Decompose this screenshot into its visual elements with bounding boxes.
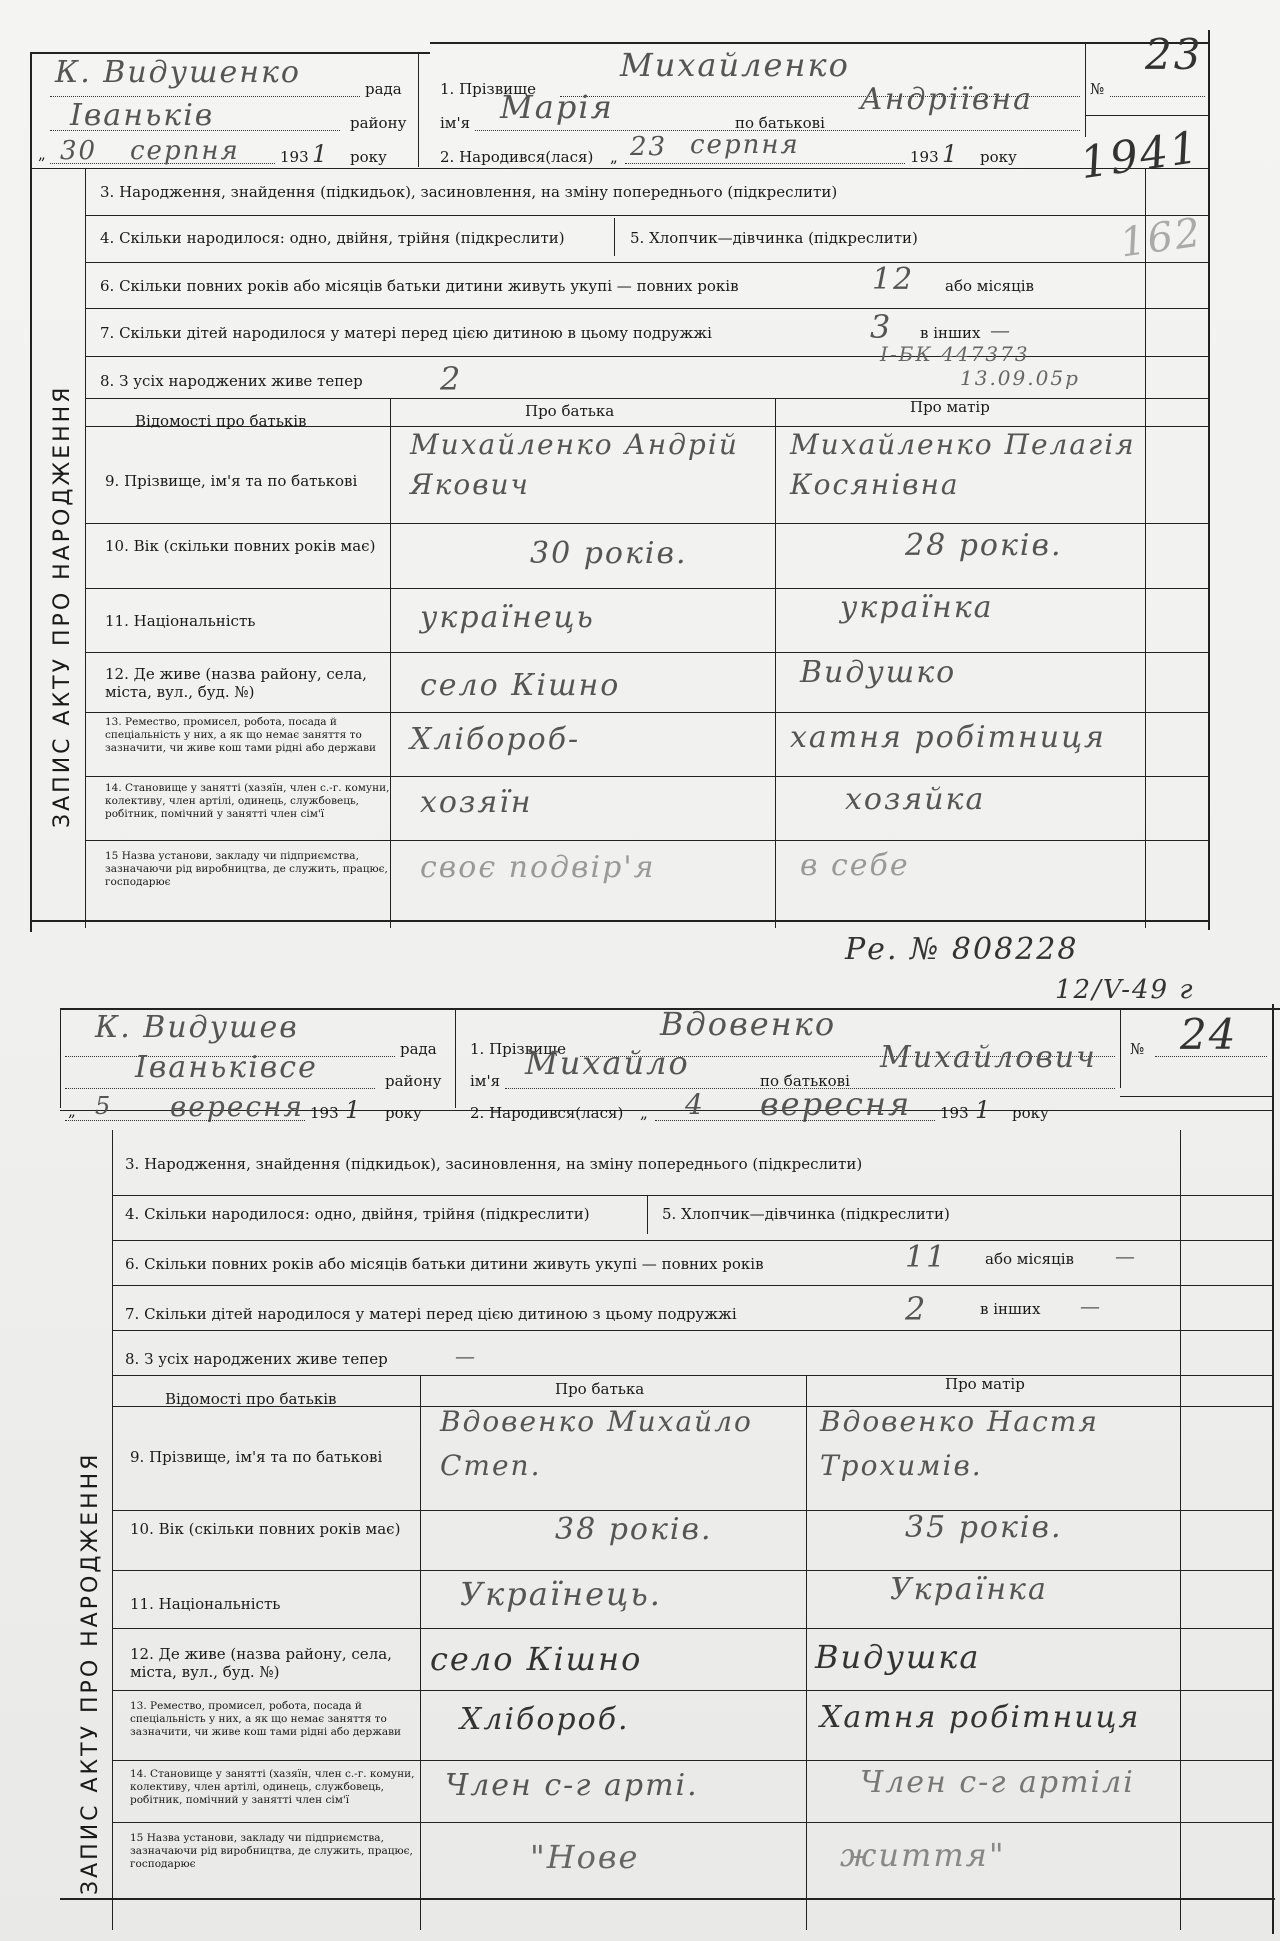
row-3: 3. Народження, знайдення (підкидьок), за… [100, 183, 837, 201]
annotation: 13.09.05р [960, 366, 1080, 390]
patronymic-value: Михайлович [880, 1040, 1097, 1075]
father-name: Михайленко Андрій Якович [410, 425, 770, 505]
father-age: 30 років. [530, 536, 687, 571]
father-status: Член с-г арті. [445, 1768, 699, 1803]
father-status: хозяїн [420, 785, 533, 820]
annotation: І-БК 447373 [880, 342, 1030, 366]
mother-nationality: українка [840, 590, 994, 625]
row-7-value: 2 [905, 1290, 927, 1328]
given-name-value: Марія [500, 88, 614, 126]
father-occupation: Хлібороб- [410, 722, 580, 757]
reg-day: 30 [60, 136, 97, 166]
district-value: Іваньків [70, 98, 214, 133]
row-6-years: 11 [905, 1240, 947, 1275]
council-value: К. Видушенко [55, 55, 301, 90]
father-nationality: Українець. [460, 1575, 662, 1613]
mother-name: Михайленко Пелагія Косянівна [790, 425, 1150, 505]
mother-residence: Видушка [815, 1638, 980, 1676]
row-8-value: 2 [440, 360, 462, 398]
row-6-label: 6. Скільки повних років або місяців бать… [125, 1255, 764, 1273]
patronymic-value: Андріївна [860, 82, 1033, 117]
mother-name: Вдовенко Настя Трохимів. [820, 1400, 1180, 1488]
birth-day: 4 [685, 1088, 705, 1121]
father-occupation: Хлібороб. [460, 1702, 630, 1737]
mother-occupation: хатня робітниця [790, 720, 1106, 755]
row-8-value: — [455, 1344, 477, 1368]
father-header: Про батька [525, 402, 614, 420]
reg-month: серпня [130, 136, 240, 166]
row-5: 5. Хлопчик—дівчинка (підкреслити) [662, 1205, 950, 1223]
form-title: ЗАПИС АКТУ ПРО НАРОДЖЕННЯ [78, 1452, 103, 1895]
record-number: 23 [1145, 30, 1202, 79]
row-8-label: 8. З усіх народжених живе тепер [125, 1350, 388, 1368]
row-4: 4. Скільки народилося: одно, двійня, трі… [125, 1205, 590, 1223]
margin-note: 1941 [1077, 122, 1203, 189]
reg-day: 5 [95, 1092, 112, 1120]
father-workplace: "Нове [530, 1838, 639, 1876]
form-title: ЗАПИС АКТУ ПРО НАРОДЖЕННЯ [50, 385, 75, 828]
mother-nationality: Українка [890, 1572, 1048, 1607]
parents-header: Відомості про батьків [135, 412, 307, 430]
row-8-label: 8. З усіх народжених живе тепер [100, 372, 363, 390]
row-6-label: 6. Скільки повних років або місяців бать… [100, 277, 739, 295]
row-4: 4. Скільки народилося: одно, двійня, трі… [100, 229, 565, 247]
birth-month: вересня [760, 1085, 911, 1123]
row-3: 3. Народження, знайдення (підкидьок), за… [125, 1155, 862, 1173]
father-residence: село Кішно [430, 1640, 642, 1678]
margin-note: 162 [1117, 209, 1205, 266]
father-residence: село Кішно [420, 668, 620, 703]
father-name: Вдовенко Михайло Степ. [440, 1400, 800, 1488]
mother-workplace: в себе [800, 848, 910, 883]
mother-status: Член с-г артілі [860, 1765, 1135, 1800]
mother-occupation: Хатня робітниця [820, 1700, 1140, 1735]
mother-age: 28 років. [905, 528, 1062, 563]
mother-status: хозяйка [845, 782, 985, 817]
father-header: Про батька [555, 1380, 644, 1398]
row-6-years: 12 [872, 262, 914, 297]
scanned-page: К. Видушенко рада Іваньків району „ 30 с… [0, 0, 1280, 1941]
given-name-value: Михайло [525, 1044, 690, 1082]
mother-residence: Видушко [800, 655, 956, 690]
row-7-label: 7. Скільки дітей народилося у матері пер… [125, 1305, 737, 1323]
record-number: 24 [1180, 1010, 1237, 1059]
council-value: К. Видушев [95, 1010, 299, 1045]
registry-note-date: 12/V-49 г [1055, 975, 1195, 1005]
father-nationality: українець [420, 600, 595, 635]
mother-workplace: життя" [840, 1836, 1006, 1874]
birth-month: серпня [690, 130, 800, 160]
registry-note: Ре. № 808228 [845, 932, 1078, 967]
mother-header: Про матір [910, 398, 990, 416]
mother-header: Про матір [945, 1375, 1025, 1393]
father-workplace: своє подвір'я [420, 850, 655, 885]
birth-label: 2. Народився(лася) [440, 148, 593, 166]
reg-month: вересня [170, 1090, 304, 1123]
father-age: 38 років. [555, 1512, 712, 1547]
mother-age: 35 років. [905, 1510, 1062, 1545]
council-label: рада [365, 80, 402, 98]
row-7-value: 3 [870, 308, 892, 346]
reg-year-prefix: 193 [280, 148, 309, 166]
row-5: 5. Хлопчик—дівчинка (підкреслити) [630, 229, 918, 247]
row-7-label: 7. Скільки дітей народилося у матері пер… [100, 324, 712, 342]
district-label: району [350, 114, 406, 132]
surname-value: Михайленко [620, 46, 850, 84]
surname-value: Вдовенко [660, 1005, 836, 1043]
birth-day: 23 [630, 132, 667, 162]
district-value: Іваньківсе [135, 1050, 318, 1085]
